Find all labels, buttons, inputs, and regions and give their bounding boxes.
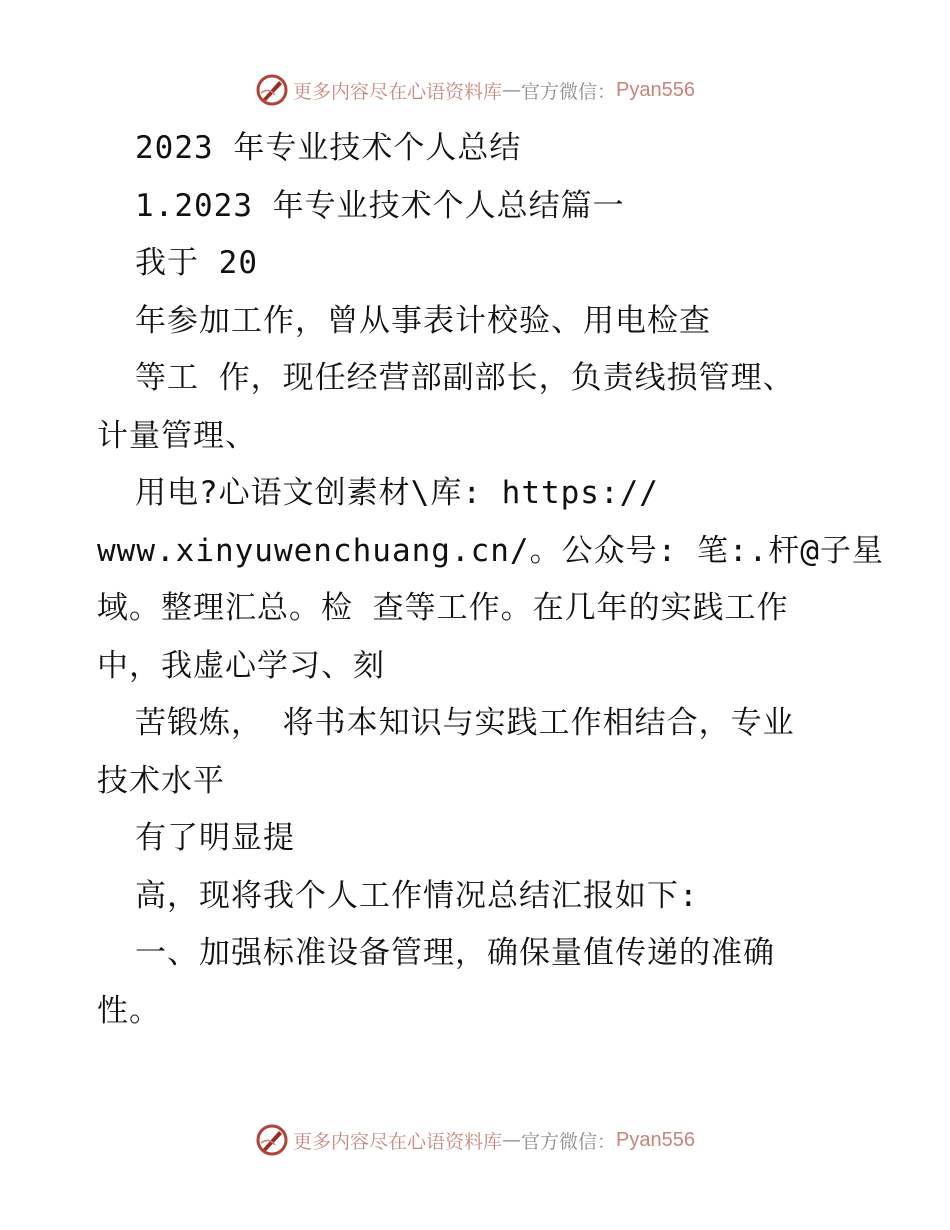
banner-promo-text: 更多内容尽在心语资料库 bbox=[293, 77, 502, 104]
text-line: 一、加强标准设备管理，确保量值传递的准确 bbox=[97, 925, 837, 983]
doc-title: 2023 年专业技术个人总结 bbox=[97, 120, 837, 178]
text-line: 用电?心语文创素材\库: https:// bbox=[97, 465, 837, 523]
text-line: 年参加工作，曾从事表计校验、用电检查 bbox=[97, 293, 837, 351]
banner-dash: — bbox=[502, 1129, 521, 1151]
text-line: www.xinyuwenchuang.cn/。公众号: 笔:.杆@子星 bbox=[97, 523, 837, 581]
section-heading: 1.2023 年专业技术个人总结篇一 bbox=[97, 178, 837, 236]
text-line: 苦锻炼， 将书本知识与实践工作相结合，专业 bbox=[97, 695, 837, 753]
banner-wechat-id: Pyan556 bbox=[616, 1129, 695, 1152]
text-line: 高，现将我个人工作情况总结汇报如下: bbox=[97, 868, 837, 926]
header-banner: 更多内容尽在心语资料库 — 官方微信： Pyan556 bbox=[0, 70, 950, 110]
text-line: 我于 20 bbox=[97, 235, 837, 293]
quill-pen-logo-icon bbox=[255, 1123, 289, 1157]
text-line: 计量管理、 bbox=[97, 408, 837, 466]
banner-wechat-label: 官方微信： bbox=[521, 1127, 616, 1154]
footer-banner: 更多内容尽在心语资料库 — 官方微信： Pyan556 bbox=[0, 1120, 950, 1160]
quill-pen-logo-icon bbox=[255, 73, 289, 107]
document-body: 2023 年专业技术个人总结 1.2023 年专业技术个人总结篇一 我于 20 … bbox=[97, 120, 837, 1040]
text-line: 性。 bbox=[97, 983, 837, 1041]
text-line: 域。整理汇总。检 查等工作。在几年的实践工作 bbox=[97, 580, 837, 638]
text-line: 中，我虚心学习、刻 bbox=[97, 638, 837, 696]
text-line: 有了明显提 bbox=[97, 810, 837, 868]
banner-dash: — bbox=[502, 79, 521, 101]
text-line: 等工 作，现任经营部副部长，负责线损管理、 bbox=[97, 350, 837, 408]
text-line: 技术水平 bbox=[97, 753, 837, 811]
banner-wechat-label: 官方微信： bbox=[521, 77, 616, 104]
banner-promo-text: 更多内容尽在心语资料库 bbox=[293, 1127, 502, 1154]
banner-wechat-id: Pyan556 bbox=[616, 79, 695, 102]
